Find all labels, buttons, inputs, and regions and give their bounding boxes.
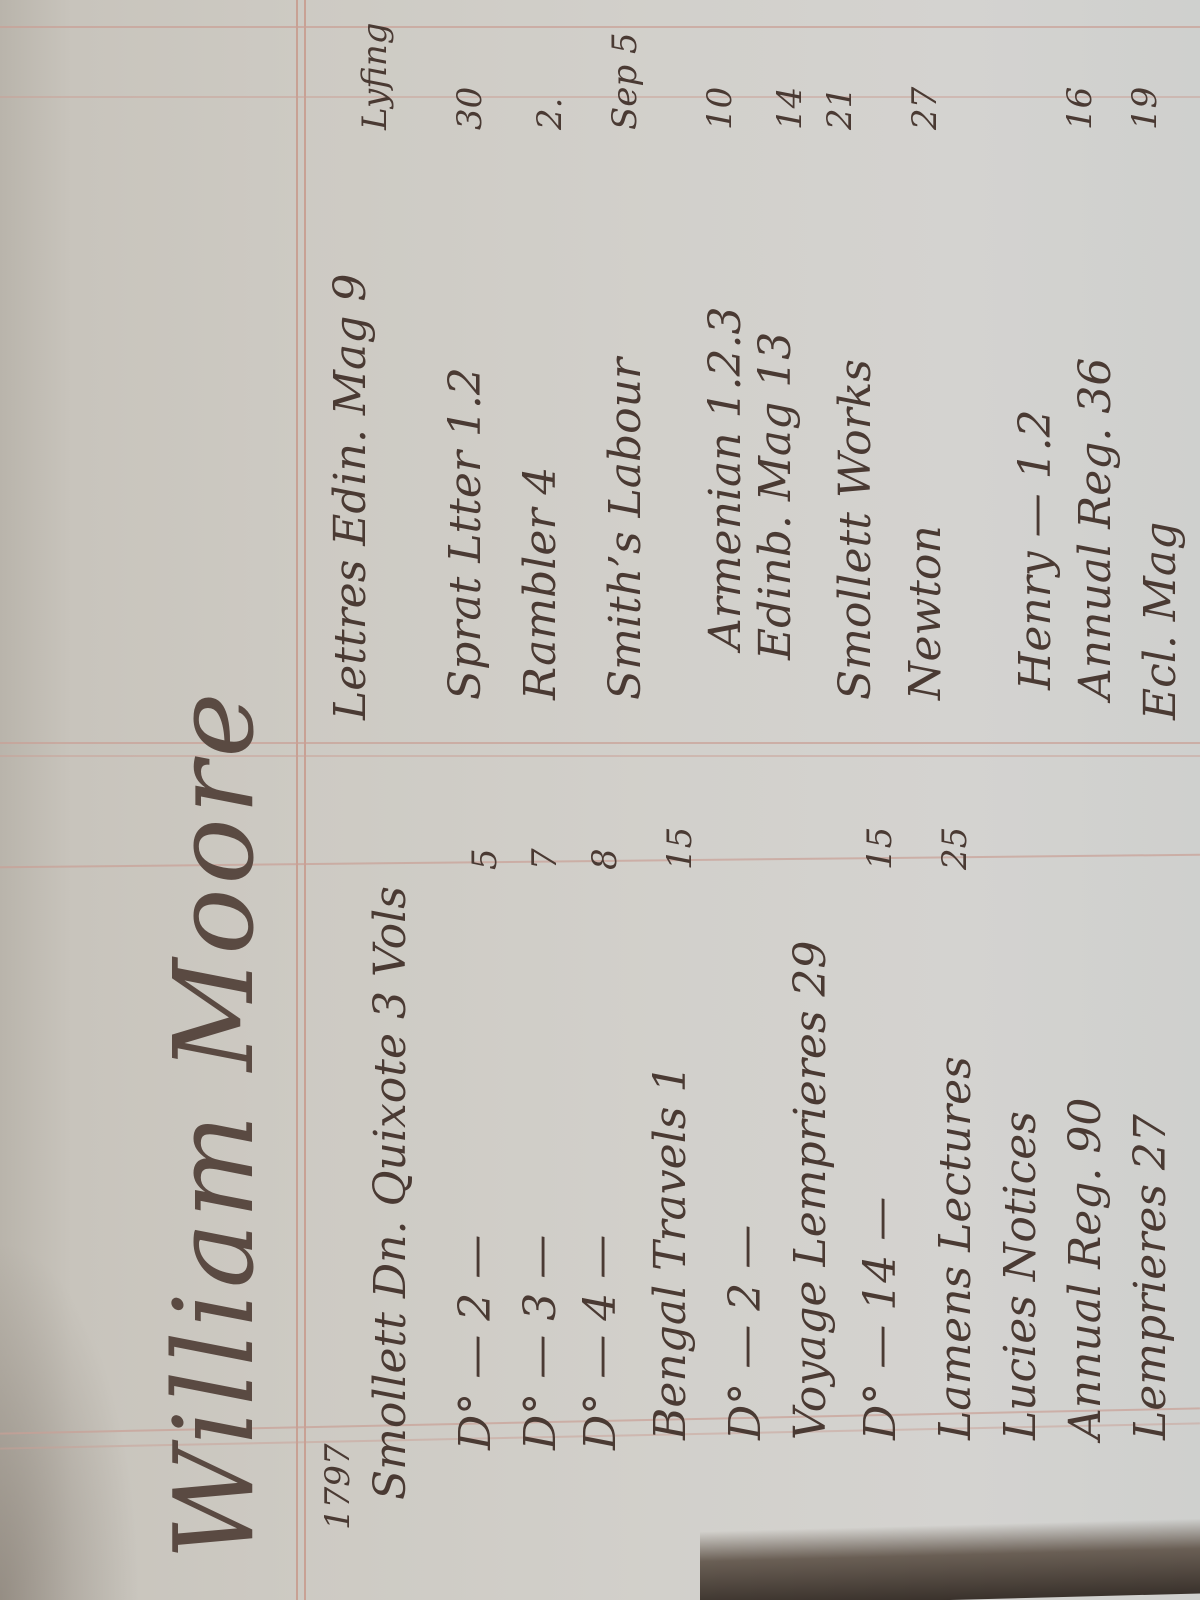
entry-right: Newton xyxy=(900,525,951,700)
entry-ref-right: 10 xyxy=(700,87,740,130)
column-rule xyxy=(0,96,1200,98)
entry-ref-right: 19 xyxy=(1125,87,1165,130)
entry-left: Smollett Dn. Quixote 3 Vols xyxy=(365,886,416,1500)
entry-right: Ecl. Mag xyxy=(1135,522,1186,720)
entry-ref-right: Lyfing xyxy=(355,22,395,130)
entry-left: Bengal Travels 1 xyxy=(645,1065,696,1440)
entry-right: Henry — 1.2 xyxy=(1010,409,1061,690)
entry-right: Smith’s Labour xyxy=(600,358,651,700)
page-curl-shadow xyxy=(0,1240,140,1600)
entry-right: Annual Reg. 36 xyxy=(1070,358,1121,700)
entry-left: D° — 4 — xyxy=(575,1235,626,1450)
entry-ref-right: 16 xyxy=(1060,87,1100,130)
entry-ref: 15 xyxy=(660,827,700,870)
entry-ref: 5 xyxy=(465,848,505,870)
entry-ref-right: 21 xyxy=(820,87,860,130)
entry-ref-right: 30 xyxy=(450,87,490,130)
entry-right: Lettres Edin. Mag 9 xyxy=(325,274,376,720)
entry-left: Lamens Lectures xyxy=(930,1056,981,1440)
account-holder-name: William Moore xyxy=(150,689,278,1560)
entry-ref: 7 xyxy=(525,848,565,870)
entry-left: Lemprieres 27 xyxy=(1125,1114,1176,1440)
entry-ref-right: Sep 5 xyxy=(605,32,645,130)
entry-ref: 8 xyxy=(585,848,625,870)
entry-ref-right: 14 xyxy=(770,87,810,130)
entry-left: D° — 2 — xyxy=(720,1225,771,1440)
entry-right: Rambler 4 xyxy=(515,467,566,700)
entry-right: Smollett Works xyxy=(830,359,881,700)
entry-left: Voyage Lemprieres 29 xyxy=(785,941,836,1440)
entry-right: Sprat Ltter 1.2 xyxy=(440,367,491,700)
entry-left: D° — 2 — xyxy=(450,1235,501,1450)
entry-left: Lucies Notices xyxy=(995,1111,1046,1440)
entry-ref-right: 2. xyxy=(530,98,570,130)
ledger-page: William Moore 1797 Smollett Dn. Quixote … xyxy=(0,0,1200,1600)
entry-left: D° — 14 — xyxy=(855,1197,906,1440)
margin-rule xyxy=(304,0,306,1600)
entry-left: D° — 3 — xyxy=(515,1235,566,1450)
entry-right: Armenian 1.2.3 xyxy=(700,307,751,651)
entry-ref-right: 27 xyxy=(905,87,945,130)
margin-rule xyxy=(296,0,298,1600)
entry-ref: 15 xyxy=(860,827,900,870)
entry-right: Edinb. Mag 13 xyxy=(750,332,801,660)
entry-ref: 25 xyxy=(935,827,975,870)
book-edge xyxy=(700,1518,1200,1600)
entry-left: Annual Reg. 90 xyxy=(1060,1098,1111,1440)
column-rule xyxy=(0,26,1200,28)
year-label: 1797 xyxy=(318,1443,358,1530)
